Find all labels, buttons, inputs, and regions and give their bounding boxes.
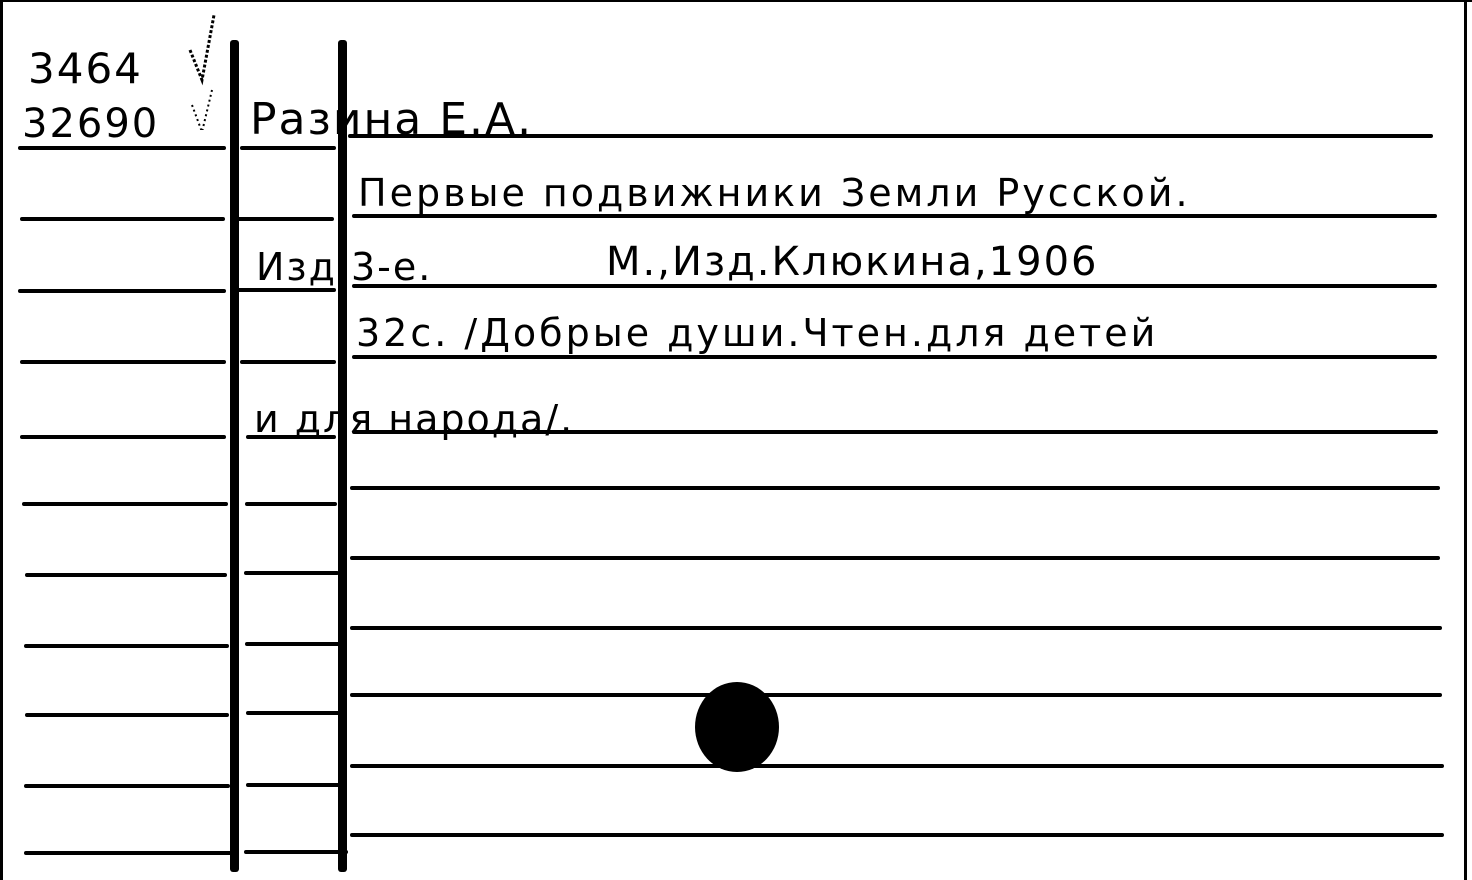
card-right-edge	[1464, 0, 1467, 880]
book-title: Первые подвижники Земли Русской.	[358, 174, 1191, 212]
author-heading: Разина Е.А.	[250, 98, 533, 142]
collation-series: 32с. /Добрые души.Чтен.для детей	[356, 314, 1158, 352]
edition-statement: Изд.3-е.	[256, 248, 432, 286]
call-number-line-1: 3464	[28, 48, 143, 90]
catalog-card: 3464 32690 Разина Е.А. Первые подвижники…	[0, 0, 1472, 880]
series-continuation: и для народа/.	[254, 400, 574, 438]
punch-hole	[695, 682, 779, 772]
vertical-rule-left	[230, 40, 239, 872]
card-top-edge	[0, 0, 1472, 2]
call-number-line-2: 32690	[22, 104, 159, 144]
imprint-statement: М.,Изд.Клюкина,1906	[606, 242, 1098, 282]
card-left-edge	[0, 0, 3, 880]
check-mark-icon	[188, 10, 218, 130]
vertical-rule-right	[338, 40, 347, 872]
